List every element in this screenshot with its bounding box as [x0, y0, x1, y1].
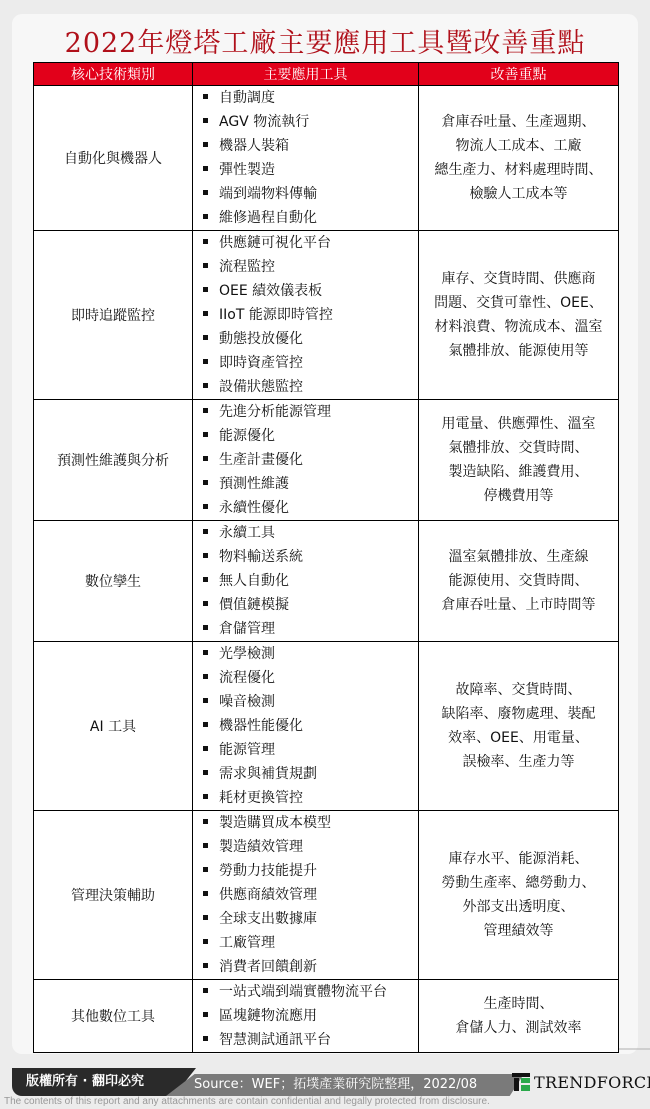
tool-item: 耗材更換管控	[203, 786, 418, 810]
table-header-row: 核心技術類別 主要應用工具 改善重點	[34, 63, 619, 86]
tool-item: 需求與補貨規劃	[203, 762, 418, 786]
tools-cell: 光學檢測流程優化噪音檢測機器性能優化能源管理需求與補貨規劃耗材更換管控	[193, 642, 419, 811]
improvement-line: 管理績效等	[419, 919, 618, 943]
category-cell: 管理決策輔助	[34, 811, 193, 980]
category-cell: 自動化與機器人	[34, 86, 193, 231]
tool-item: 機器性能優化	[203, 714, 418, 738]
tool-item: 動態投放優化	[203, 327, 418, 351]
header-improvements: 改善重點	[419, 63, 619, 86]
tools-cell: 自動調度AGV 物流執行機器人裝箱彈性製造端到端物料傳輸維修過程自動化	[193, 86, 419, 231]
tool-item: 製造績效管理	[203, 835, 418, 859]
tool-item: 生產計畫優化	[203, 448, 418, 472]
copyright-label: 版權所有 · 翻印必究	[12, 1068, 196, 1096]
improvement-line: 庫存、交貨時間、供應商	[419, 267, 618, 291]
improvement-line: 故障率、交貨時間、	[419, 678, 618, 702]
improvement-line: 外部支出透明度、	[419, 895, 618, 919]
improvement-line: 生產時間、	[419, 992, 618, 1016]
improvement-line: 製造缺陷、維護費用、	[419, 460, 618, 484]
tool-item: 噪音檢測	[203, 690, 418, 714]
improvements-cell: 倉庫吞吐量、生產週期、物流人工成本、工廠總生產力、材料處理時間、檢驗人工成本等	[419, 86, 619, 231]
tool-item: 彈性製造	[203, 158, 418, 182]
disclaimer-text: The contents of this report and any atta…	[4, 1096, 490, 1107]
tool-item: 消費者回饋創新	[203, 955, 418, 979]
tool-item: 預測性維護	[203, 472, 418, 496]
tools-list: 供應鏈可視化平台流程監控OEE 績效儀表板IIoT 能源即時管控動態投放優化即時…	[193, 231, 418, 399]
header-tools: 主要應用工具	[193, 63, 419, 86]
tool-item: 製造購買成本模型	[203, 811, 418, 835]
tool-item: 能源優化	[203, 424, 418, 448]
tool-item: AGV 物流執行	[203, 110, 418, 134]
tool-item: 自動調度	[203, 86, 418, 110]
improvements-cell: 庫存水平、能源消耗、勞動生產率、總勞動力、外部支出透明度、管理績效等	[419, 811, 619, 980]
tool-item: 流程優化	[203, 666, 418, 690]
tool-item: 倉儲管理	[203, 617, 418, 641]
category-cell: 其他數位工具	[34, 980, 193, 1053]
improvements-cell: 用電量、供應彈性、溫室氣體排放、交貨時間、製造缺陷、維護費用、停機費用等	[419, 400, 619, 521]
category-cell: AI 工具	[34, 642, 193, 811]
improvements-cell: 故障率、交貨時間、缺陷率、廢物處理、裝配效率、OEE、用電量、誤檢率、生產力等	[419, 642, 619, 811]
tools-cell: 永續工具物料輸送系統無人自動化價值鏈模擬倉儲管理	[193, 521, 419, 642]
improvement-line: 問題、交貨可靠性、OEE、	[419, 291, 618, 315]
table-row: 即時追蹤監控供應鏈可視化平台流程監控OEE 績效儀表板IIoT 能源即時管控動態…	[34, 231, 619, 400]
improvement-line: 氣體排放、能源使用等	[419, 339, 618, 363]
tool-item: 無人自動化	[203, 569, 418, 593]
tools-cell: 供應鏈可視化平台流程監控OEE 績效儀表板IIoT 能源即時管控動態投放優化即時…	[193, 231, 419, 400]
improvement-line: 溫室氣體排放、生產線	[419, 545, 618, 569]
tool-item: 全球支出數據庫	[203, 907, 418, 931]
improvement-line: 倉庫吞吐量、生產週期、	[419, 110, 618, 134]
source-label: Source：WEF；拓墣產業研究院整理，2022/08	[166, 1074, 524, 1096]
improvement-line: 勞動生產率、總勞動力、	[419, 871, 618, 895]
improvement-line: 缺陷率、廢物處理、裝配	[419, 702, 618, 726]
tools-list: 製造購買成本模型製造績效管理勞動力技能提升供應商績效管理全球支出數據庫工廠管理消…	[193, 811, 418, 979]
improvements-cell: 溫室氣體排放、生產線能源使用、交貨時間、倉庫吞吐量、上市時間等	[419, 521, 619, 642]
tool-item: 永續性優化	[203, 496, 418, 520]
tool-item: 能源管理	[203, 738, 418, 762]
tool-item: 先進分析能源管理	[203, 400, 418, 424]
table-row: 管理決策輔助製造購買成本模型製造績效管理勞動力技能提升供應商績效管理全球支出數據…	[34, 811, 619, 980]
tool-item: 工廠管理	[203, 931, 418, 955]
improvement-line: 總生產力、材料處理時間、	[419, 158, 618, 182]
tool-item: 端到端物料傳輸	[203, 182, 418, 206]
tool-item: 供應商績效管理	[203, 883, 418, 907]
improvement-line: 氣體排放、交貨時間、	[419, 436, 618, 460]
table-row: 自動化與機器人自動調度AGV 物流執行機器人裝箱彈性製造端到端物料傳輸維修過程自…	[34, 86, 619, 231]
tool-item: 設備狀態監控	[203, 375, 418, 399]
tools-table: 核心技術類別 主要應用工具 改善重點 自動化與機器人自動調度AGV 物流執行機器…	[33, 62, 619, 1053]
tools-list: 一站式端到端實體物流平台區塊鏈物流應用智慧測試通訊平台	[193, 980, 418, 1052]
tool-item: 一站式端到端實體物流平台	[203, 980, 418, 1004]
tool-item: 維修過程自動化	[203, 206, 418, 230]
improvement-line: 檢驗人工成本等	[419, 182, 618, 206]
tool-item: 流程監控	[203, 255, 418, 279]
tools-cell: 製造購買成本模型製造績效管理勞動力技能提升供應商績效管理全球支出數據庫工廠管理消…	[193, 811, 419, 980]
improvement-line: 能源使用、交貨時間、	[419, 569, 618, 593]
tools-list: 光學檢測流程優化噪音檢測機器性能優化能源管理需求與補貨規劃耗材更換管控	[193, 642, 418, 810]
category-cell: 即時追蹤監控	[34, 231, 193, 400]
improvement-line: 倉儲人力、測試效率	[419, 1016, 618, 1040]
tools-list: 自動調度AGV 物流執行機器人裝箱彈性製造端到端物料傳輸維修過程自動化	[193, 86, 418, 230]
table-row: 數位孿生永續工具物料輸送系統無人自動化價值鏈模擬倉儲管理溫室氣體排放、生產線能源…	[34, 521, 619, 642]
improvement-line: 倉庫吞吐量、上市時間等	[419, 593, 618, 617]
tools-list: 先進分析能源管理能源優化生產計畫優化預測性維護永續性優化	[193, 400, 418, 520]
table-row: 其他數位工具一站式端到端實體物流平台區塊鏈物流應用智慧測試通訊平台生產時間、倉儲…	[34, 980, 619, 1053]
trendforce-logo-icon	[512, 1073, 530, 1091]
improvements-cell: 生產時間、倉儲人力、測試效率	[419, 980, 619, 1053]
improvement-line: 庫存水平、能源消耗、	[419, 847, 618, 871]
improvement-line: 效率、OEE、用電量、	[419, 726, 618, 750]
improvement-line: 物流人工成本、工廠	[419, 134, 618, 158]
tool-item: 價值鏈模擬	[203, 593, 418, 617]
tool-item: 物料輸送系統	[203, 545, 418, 569]
header-category: 核心技術類別	[34, 63, 193, 86]
category-cell: 預測性維護與分析	[34, 400, 193, 521]
improvements-cell: 庫存、交貨時間、供應商問題、交貨可靠性、OEE、材料浪費、物流成本、溫室氣體排放…	[419, 231, 619, 400]
page-title: 2022年燈塔工廠主要應用工具暨改善重點	[0, 24, 650, 64]
category-cell: 數位孿生	[34, 521, 193, 642]
tool-item: 永續工具	[203, 521, 418, 545]
tools-list: 永續工具物料輸送系統無人自動化價值鏈模擬倉儲管理	[193, 521, 418, 641]
tools-cell: 先進分析能源管理能源優化生產計畫優化預測性維護永續性優化	[193, 400, 419, 521]
tool-item: OEE 績效儀表板	[203, 279, 418, 303]
brand-name: TRENDFORCE	[534, 1073, 650, 1092]
table-row: 預測性維護與分析先進分析能源管理能源優化生產計畫優化預測性維護永續性優化用電量、…	[34, 400, 619, 521]
tool-item: 區塊鏈物流應用	[203, 1004, 418, 1028]
tool-item: 勞動力技能提升	[203, 859, 418, 883]
tool-item: 即時資產管控	[203, 351, 418, 375]
table-row: AI 工具光學檢測流程優化噪音檢測機器性能優化能源管理需求與補貨規劃耗材更換管控…	[34, 642, 619, 811]
tool-item: 光學檢測	[203, 642, 418, 666]
tool-item: IIoT 能源即時管控	[203, 303, 418, 327]
tool-item: 智慧測試通訊平台	[203, 1028, 418, 1052]
improvement-line: 誤檢率、生產力等	[419, 750, 618, 774]
improvement-line: 用電量、供應彈性、溫室	[419, 412, 618, 436]
improvement-line: 停機費用等	[419, 484, 618, 508]
trendforce-logo: TRENDFORCE	[512, 1070, 650, 1094]
tools-cell: 一站式端到端實體物流平台區塊鏈物流應用智慧測試通訊平台	[193, 980, 419, 1053]
tool-item: 供應鏈可視化平台	[203, 231, 418, 255]
improvement-line: 材料浪費、物流成本、溫室	[419, 315, 618, 339]
tool-item: 機器人裝箱	[203, 134, 418, 158]
